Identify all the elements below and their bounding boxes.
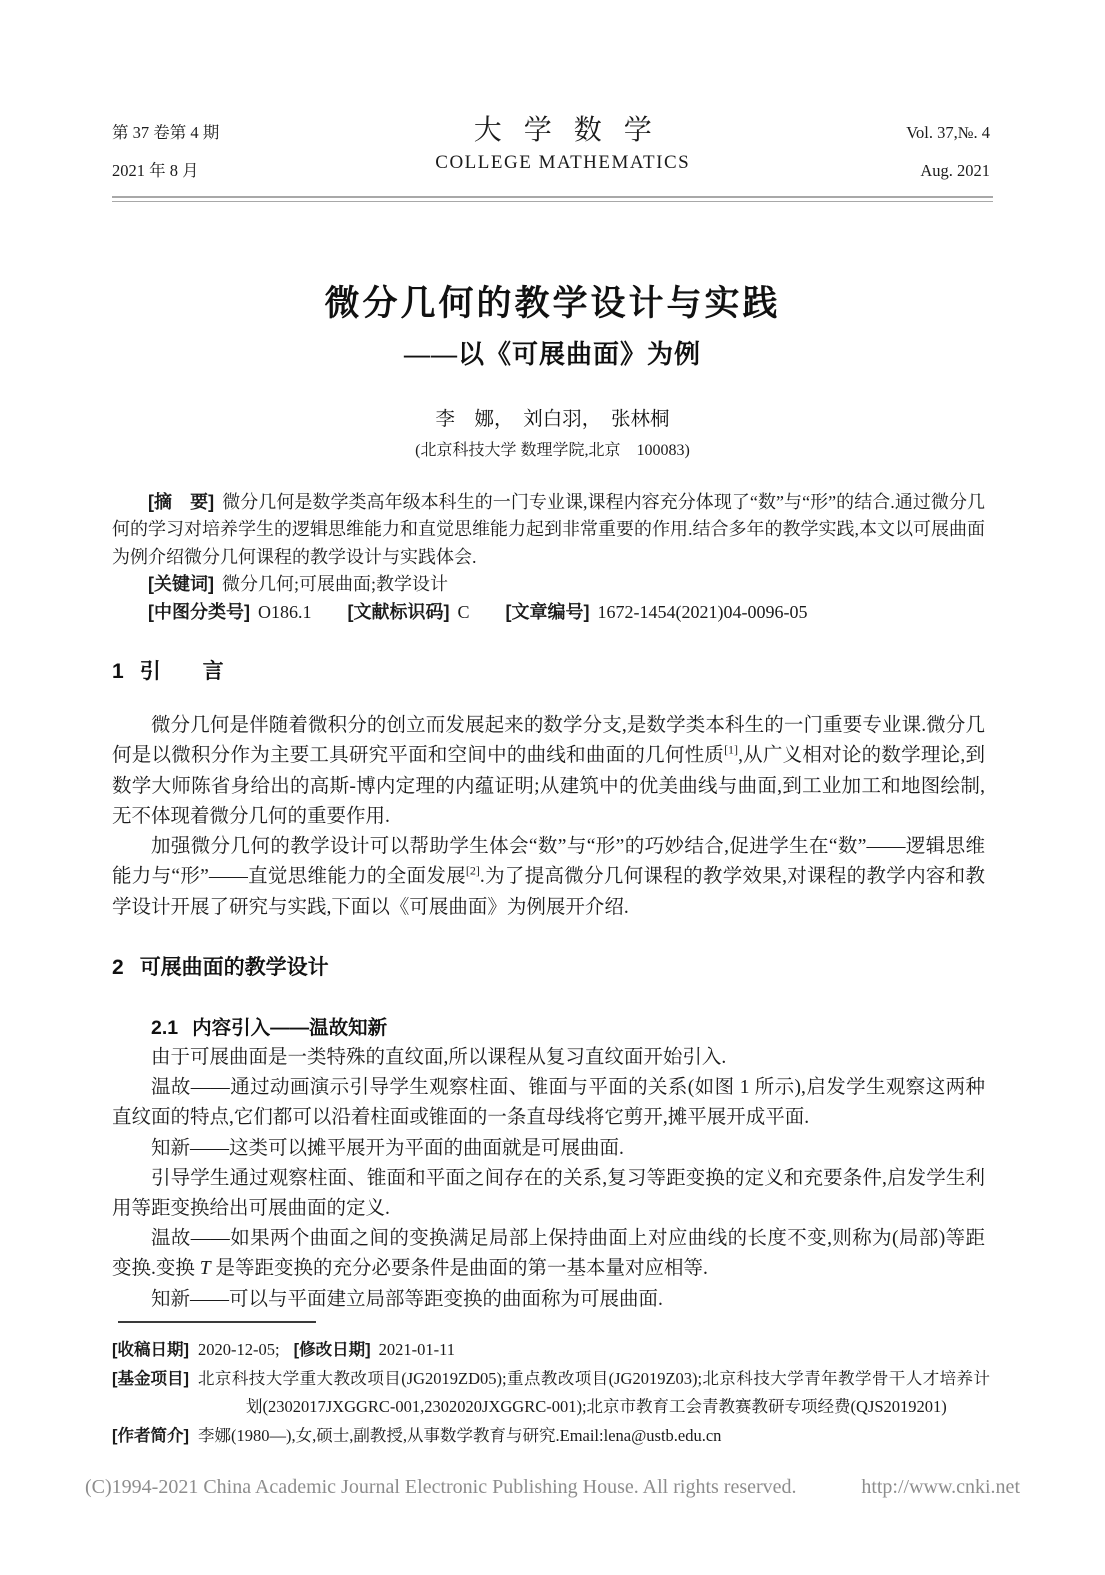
author-bio-text: 李娜(1980—),女,硕士,副教授,从事数学教育与研究.Email:lena@… [198,1422,990,1451]
intro-paragraph-1: 微分几何是伴随着微积分的创立而发展起来的数学分支,是数学类本科生的一门重要专业课… [112,711,985,832]
section-2-1-heading: 2.1内容引入——温故知新 [151,1013,985,1043]
revised-date-label: [修改日期] [294,1341,371,1359]
keywords-label: [关键词] [148,574,214,594]
section-2-title: 可展曲面的教学设计 [140,956,329,979]
teaching-paragraph-5: 温故——如果两个曲面之间的变换满足局部上保持曲面上对应曲线的长度不变,则称为(局… [112,1224,985,1284]
footnote-dates-text: 2020-12-05;[修改日期]2021-01-11 [198,1336,990,1365]
section-2-1-block: 2.1内容引入——温故知新 由于可展曲面是一类特殊的直纹面,所以课程从复习直纹面… [112,1013,985,1315]
abstract-text: 微分几何是数学类高年级本科生的一门专业课,课程内容充分体现了“数”与“形”的结合… [112,492,985,567]
revised-date-value: 2021-01-11 [379,1340,455,1359]
doc-code-label: [文献标识码] [348,602,450,622]
footnote-separator-rule [118,1321,316,1323]
variable-T: T [200,1258,211,1279]
fund-label: [基金项目] [112,1365,189,1394]
clc-value: O186.1 [258,602,312,622]
journal-date-en: Aug. 2021 [906,152,990,190]
footnote-fund-row: [基金项目] 北京科技大学重大教改项目(JG2019ZD05);重点教改项目(J… [112,1365,990,1422]
keywords-line: [关键词]微分几何;可展曲面;教学设计 [112,571,985,598]
section-2-1-number: 2.1 [151,1017,178,1039]
teaching-paragraph-6: 知新——可以与平面建立局部等距变换的曲面称为可展曲面. [112,1285,985,1315]
footnote-author-row: [作者简介] 李娜(1980—),女,硕士,副教授,从事数学教育与研究.Emai… [112,1422,990,1451]
affiliation-line: (北京科技大学 数理学院,北京 100083) [0,437,1105,460]
journal-date-cn: 2021 年 8 月 [112,152,219,190]
teaching-paragraph-5-text-cont: 是等距变换的充分必要条件是曲面的第一基本量对应相等. [211,1258,708,1279]
section-2-heading: 2可展曲面的教学设计 [112,951,329,981]
keywords-text: 微分几何;可展曲面;教学设计 [222,574,448,594]
header-divider-double-rule [112,196,993,202]
abstract-paragraph: [摘 要]微分几何是数学类高年级本科生的一门专业课,课程内容充分体现了“数”与“… [112,489,985,571]
clc-label: [中图分类号] [148,602,250,622]
section-2-1-title: 内容引入——温故知新 [192,1017,387,1039]
intro-paragraph-2: 加强微分几何的教学设计可以帮助学生体会“数”与“形”的巧妙结合,促进学生在“数”… [112,832,985,923]
received-date-label: [收稿日期] [112,1336,189,1365]
section-1-title: 引 言 [140,660,224,683]
fund-text: 北京科技大学重大教改项目(JG2019ZD05);重点教改项目(JG2019Z0… [198,1365,990,1422]
abstract-block: [摘 要]微分几何是数学类高年级本科生的一门专业课,课程内容充分体现了“数”与“… [112,489,985,626]
classification-line: [中图分类号]O186.1[文献标识码]C[文章编号]1672-1454(202… [112,599,985,626]
section-1-heading: 1引 言 [112,655,224,685]
journal-name-en: COLLEGE MATHEMATICS [435,148,690,178]
citation-ref-1: [1] [724,743,738,757]
article-subtitle: ——以《可展曲面》为例 [0,334,1105,371]
teaching-paragraph-3: 知新——这类可以摊平展开为平面的曲面就是可展曲面. [112,1134,985,1164]
footnote-block: [收稿日期] 2020-12-05;[修改日期]2021-01-11 [基金项目… [112,1336,990,1450]
doc-code-value: C [458,602,470,622]
section-2-number: 2 [112,956,124,979]
received-date-value: 2020-12-05; [198,1340,280,1359]
article-title: 微分几何的教学设计与实践 [0,276,1105,326]
journal-header-right: Vol. 37,№. 4 Aug. 2021 [906,114,990,190]
teaching-paragraph-1: 由于可展曲面是一类特殊的直纹面,所以课程从复习直纹面开始引入. [112,1043,985,1073]
journal-volume-issue-cn: 第 37 卷第 4 期 [112,114,219,152]
page-footer: (C)1994-2021 China Academic Journal Elec… [85,1476,1020,1499]
citation-ref-2: [2] [466,864,480,878]
journal-header-center: 大学数学 COLLEGE MATHEMATICS [435,114,690,178]
article-id-label: [文章编号] [506,602,590,622]
journal-header: 第 37 卷第 4 期 2021 年 8 月 大学数学 COLLEGE MATH… [112,114,990,190]
journal-header-left: 第 37 卷第 4 期 2021 年 8 月 [112,114,219,190]
footer-url: http://www.cnki.net [861,1476,1020,1499]
footnote-dates-row: [收稿日期] 2020-12-05;[修改日期]2021-01-11 [112,1336,990,1365]
journal-name-cn: 大学数学 [435,114,690,148]
section-1-number: 1 [112,660,124,683]
author-bio-label: [作者简介] [112,1422,189,1451]
article-id-value: 1672-1454(2021)04-0096-05 [598,602,808,622]
teaching-paragraph-4: 引导学生通过观察柱面、锥面和平面之间存在的关系,复习等距变换的定义和充要条件,启… [112,1164,985,1224]
footer-copyright: (C)1994-2021 China Academic Journal Elec… [85,1476,797,1499]
abstract-label: [摘 要] [148,492,214,512]
journal-volume-issue-en: Vol. 37,№. 4 [906,114,990,152]
teaching-paragraph-2: 温故——通过动画演示引导学生观察柱面、锥面与平面的关系(如图 1 所示),启发学… [112,1073,985,1133]
authors-line: 李 娜， 刘白羽， 张林桐 [0,403,1105,431]
